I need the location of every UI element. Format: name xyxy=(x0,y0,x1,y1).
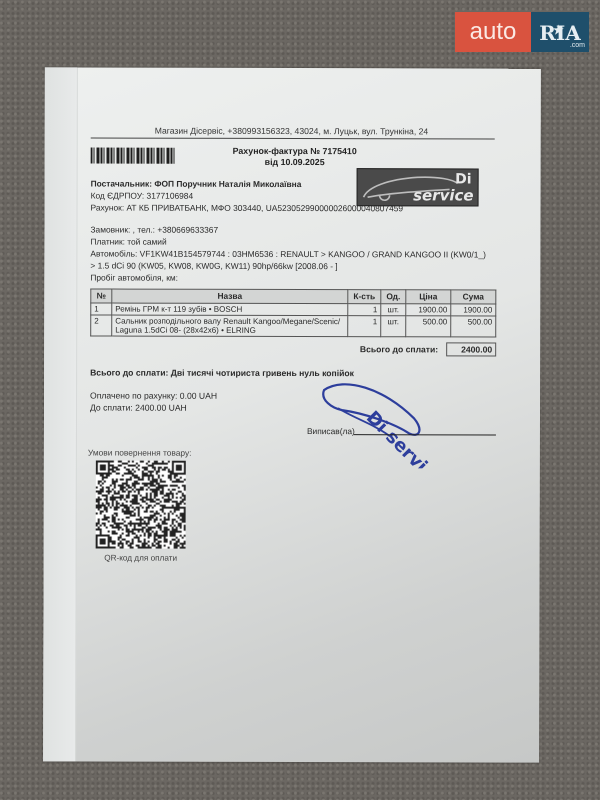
di-service-stamp-icon: Di service xyxy=(314,378,444,468)
col-qty: К-сть xyxy=(348,290,381,304)
table-row: 2 Сальник розподільного валу Renault Kan… xyxy=(91,315,496,337)
invoice-paper: Магазин Дісервіс, +380993156323, 43024, … xyxy=(43,67,541,762)
row-no: 1 xyxy=(91,303,112,315)
return-terms-label: Умови повернення товару: xyxy=(88,447,192,457)
total-value: 2400.00 xyxy=(446,342,496,356)
col-price: Ціна xyxy=(406,290,451,304)
customer-block: Замовник: , тел.: +380669633367 Платник:… xyxy=(90,223,486,284)
col-unit: Од. xyxy=(381,290,406,304)
shop-line: Магазин Дісервіс, +380993156323, 43024, … xyxy=(155,126,428,137)
vehicle-line-1: Автомобіль: VF1KW41B154579744 : 03HM6536… xyxy=(90,247,485,260)
watermark-ria: ★ RIA .com xyxy=(531,12,589,52)
logo-di: Di xyxy=(455,171,471,187)
row-unit: шт. xyxy=(381,316,406,337)
autoria-watermark: auto ★ RIA .com xyxy=(455,12,589,52)
row-price: 500.00 xyxy=(406,316,451,337)
supplier-block: Постачальник: ФОП Поручник Наталія Микол… xyxy=(91,177,404,214)
col-no: № xyxy=(91,289,112,303)
supplier-name: Постачальник: ФОП Поручник Наталія Микол… xyxy=(91,177,404,190)
star-icon: ★ xyxy=(553,9,564,51)
table-total-row: Всього до сплати: 2400.00 xyxy=(90,341,496,342)
items-table: № Назва К-сть Од. Ціна Сума 1 Ремінь ГРМ… xyxy=(90,288,496,337)
paid-amount: Оплачено по рахунку: 0.00 UAH xyxy=(90,389,217,401)
row-sum: 500.00 xyxy=(451,316,496,337)
watermark-auto: auto xyxy=(455,12,531,52)
header-divider xyxy=(91,137,495,139)
customer-payer: Платник: той самий xyxy=(90,235,485,248)
supplier-account: Рахунок: АТ КБ ПРИВАТБАНК, МФО 303440, U… xyxy=(91,201,404,214)
customer-client: Замовник: , тел.: +380669633367 xyxy=(90,223,485,236)
payment-qr-code xyxy=(96,460,186,548)
svg-text:Di service: Di service xyxy=(362,407,444,468)
barcode xyxy=(91,147,175,163)
row-qty: 1 xyxy=(348,316,381,337)
qr-caption: QR-код для оплати xyxy=(88,553,194,562)
vehicle-line-2: > 1.5 dCi 90 (KW05, KW08, KW0G, KW11) 90… xyxy=(90,259,485,272)
row-name: Ремінь ГРМ к-т 119 зубів • BOSCH xyxy=(112,303,348,316)
total-in-words: Всього до сплати: Дві тисячі чотириста г… xyxy=(90,367,354,378)
invoice-number: Рахунок-фактура № 7175410 xyxy=(195,146,395,158)
invoice-title: Рахунок-фактура № 7175410 від 10.09.2025 xyxy=(195,146,395,169)
invoice-date: від 10.09.2025 xyxy=(195,157,395,169)
col-sum: Сума xyxy=(451,290,496,304)
due-amount: До сплати: 2400.00 UAH xyxy=(90,401,217,413)
row-no: 2 xyxy=(91,315,112,336)
table-header-row: № Назва К-сть Од. Ціна Сума xyxy=(91,289,496,304)
table-row: 1 Ремінь ГРМ к-т 119 зубів • BOSCH 1 шт.… xyxy=(91,303,496,316)
vehicle-mileage: Пробіг автомобіля, км: xyxy=(90,271,485,284)
row-qty: 1 xyxy=(348,304,381,316)
total-label: Всього до сплати: xyxy=(360,344,438,354)
col-name: Назва xyxy=(112,289,348,304)
row-unit: шт. xyxy=(381,304,406,316)
row-name: Сальник розподільного валу Renault Kango… xyxy=(112,315,348,337)
supplier-edrpou: Код ЄДРПОУ: 3177106984 xyxy=(91,189,404,202)
signed-by-label: Виписав(ла) xyxy=(307,426,355,436)
watermark-suffix: .com xyxy=(570,42,585,50)
invoice-document: Магазин Дісервіс, +380993156323, 43024, … xyxy=(43,67,541,762)
payment-status: Оплачено по рахунку: 0.00 UAH До сплати:… xyxy=(90,389,217,413)
row-sum: 1900.00 xyxy=(451,304,496,316)
row-price: 1900.00 xyxy=(406,304,451,316)
logo-service: service xyxy=(413,186,474,204)
